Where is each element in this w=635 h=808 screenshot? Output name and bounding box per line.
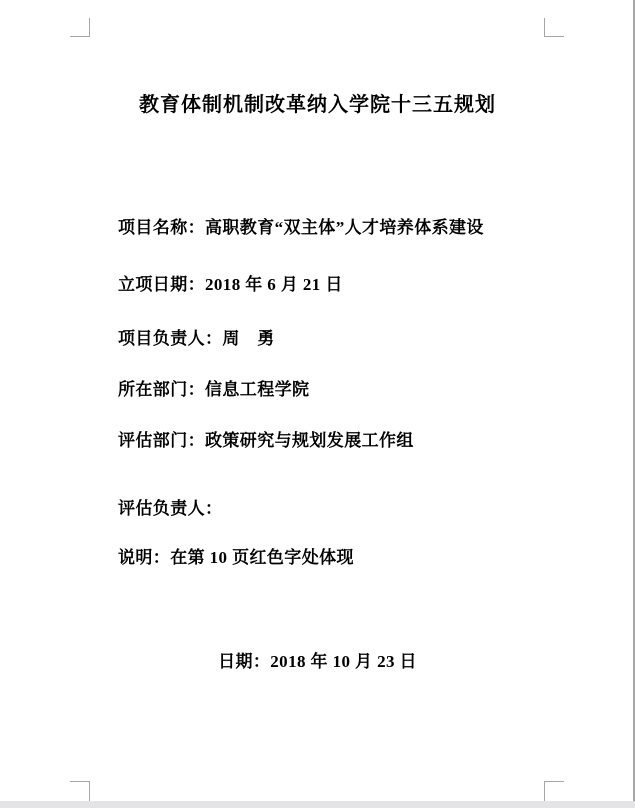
margin-crop-mark-bottom-right — [544, 781, 564, 801]
field-evaluation-leader-label: 评估负责人： — [118, 499, 222, 518]
date-value: 2018 年 10 月 23 日 — [270, 652, 417, 671]
field-department-value: 信息工程学院 — [205, 380, 309, 399]
field-approval-date: 立项日期：2018 年 6 月 21 日 — [118, 273, 343, 297]
field-evaluation-department: 评估部门：政策研究与规划发展工作组 — [118, 429, 414, 453]
field-note-label: 说明： — [118, 548, 170, 567]
field-approval-date-label: 立项日期： — [118, 275, 205, 294]
field-evaluation-department-value: 政策研究与规划发展工作组 — [205, 431, 414, 450]
document-date-line: 日期：2018 年 10 月 23 日 — [0, 650, 635, 674]
margin-crop-mark-top-right — [544, 18, 564, 37]
field-project-name: 项目名称：高职教育“双主体”人才培养体系建设 — [118, 216, 484, 240]
document-page: 教育体制机制改革纳入学院十三五规划 项目名称：高职教育“双主体”人才培养体系建设… — [0, 0, 635, 808]
field-evaluation-department-label: 评估部门： — [118, 431, 205, 450]
field-project-leader: 项目负责人：周 勇 — [118, 327, 275, 351]
field-project-name-label: 项目名称： — [118, 218, 205, 237]
field-department-label: 所在部门： — [118, 380, 205, 399]
field-evaluation-leader: 评估负责人： — [118, 497, 222, 521]
field-note: 说明：在第 10 页红色字处体现 — [118, 546, 354, 570]
field-project-name-value: 高职教育“双主体”人才培养体系建设 — [205, 218, 484, 237]
field-project-leader-label: 项目负责人： — [118, 329, 222, 348]
field-project-leader-value: 周 勇 — [222, 329, 274, 348]
margin-crop-mark-top-left — [70, 18, 90, 37]
field-approval-date-value: 2018 年 6 月 21 日 — [205, 275, 343, 294]
margin-crop-mark-bottom-left — [70, 781, 90, 801]
canvas-strip — [0, 801, 635, 808]
field-department: 所在部门：信息工程学院 — [118, 378, 309, 402]
field-note-value: 在第 10 页红色字处体现 — [170, 548, 354, 567]
date-label: 日期： — [218, 652, 270, 671]
document-title: 教育体制机制改革纳入学院十三五规划 — [0, 92, 635, 118]
